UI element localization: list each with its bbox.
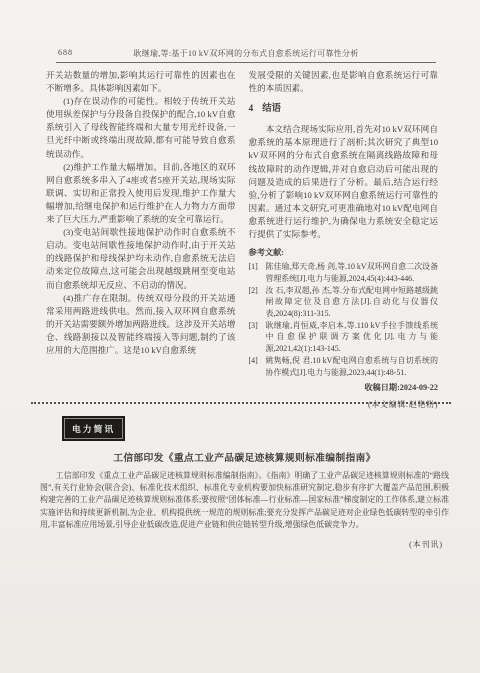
- reference-item: [3] 耿继瑜,肖恒威,李启本,等.110 kV手拉手馈线系统中自愈保护联调方案…: [249, 320, 439, 355]
- page-number: 688: [58, 48, 73, 57]
- article-columns: 开关站数量的增加,影响其运行可靠性的因素也在不断增多。具体影响因素如下。 (1)…: [46, 69, 438, 411]
- reference-item: [1] 陈佳瑜,郑天奇,杨 剑,等.10 kV双环网自愈二次设备管理系统[J].…: [249, 261, 439, 284]
- reference-index: [1]: [249, 261, 266, 284]
- body-paragraph: 开关站数量的增加,影响其运行可靠性的因素也在不断增多。具体影响因素如下。: [46, 69, 236, 95]
- references-label: 参考文献:: [249, 246, 439, 259]
- editor-note: (本文编辑:赵艳粉): [249, 398, 439, 411]
- news-byline: (本刊讯): [40, 539, 449, 550]
- header-rule: [56, 62, 436, 63]
- reference-index: [4]: [249, 355, 266, 378]
- body-paragraph: 发展受限的关键因素,也是影响自愈系统运行可靠性的本质因素。: [249, 69, 439, 95]
- page-header: 688 耿继瑜,等:基于10 kV双环网的分布式自愈系统运行可靠性分析: [56, 48, 436, 60]
- section-number: 4: [249, 103, 254, 116]
- reference-item: [4] 姚隽畅,倪 君.10 kV配电网自愈系统与自切系统的协作模式[J].电力…: [249, 355, 439, 378]
- body-paragraph: (2)维护工作量大幅增加。目前,各地区的双环网自愈系统多串入了4座或者5座开关站…: [46, 161, 236, 226]
- journal-page: 688 耿继瑜,等:基于10 kV双环网的分布式自愈系统运行可靠性分析 开关站数…: [0, 0, 480, 673]
- running-title: 耿继瑜,等:基于10 kV双环网的分布式自愈系统运行可靠性分析: [56, 48, 436, 59]
- received-date: 收稿日期:2024-09-22: [249, 381, 439, 394]
- body-paragraph: (3)变电站间歇性接地保护动作时自愈系统不启动。变电站间歇性接地保护动作时,由于…: [46, 226, 236, 291]
- body-paragraph: (4)推广存在限制。传统双母分段的开关站通常采用两路进线供电。然而,接入双环网自…: [46, 292, 236, 357]
- news-section: 电力简讯 工信部印发《重点工业产品碳足迹核算规则标准编制指南》 工信部印发《重点…: [40, 416, 449, 550]
- right-column: 发展受限的关键因素,也是影响自愈系统运行可靠性的本质因素。 4 结语 本文结合现…: [249, 69, 439, 411]
- section-heading: 4 结语: [249, 103, 439, 116]
- reference-text: 陈佳瑜,郑天奇,杨 剑,等.10 kV双环网自愈二次设备管理系统[J].电力与能…: [266, 261, 439, 284]
- reference-item: [2] 汝 石,李双超,孙 杰,等.分布式配电网中短路越级跳闸故障定位及自愈方法…: [249, 285, 439, 320]
- reference-text: 耿继瑜,肖恒威,李启本,等.110 kV手拉手馈线系统中自愈保护联调方案优化[J…: [266, 320, 439, 355]
- news-body: 工信部印发《重点工业产品碳足迹核算规则标准编制指南》。《指南》明确了工业产品碳足…: [40, 470, 449, 531]
- reference-list: [1] 陈佳瑜,郑天奇,杨 剑,等.10 kV双环网自愈二次设备管理系统[J].…: [249, 261, 439, 378]
- section-title: 结语: [262, 103, 281, 116]
- reference-index: [2]: [249, 285, 266, 320]
- reference-index: [3]: [249, 320, 266, 355]
- conclusion-paragraph: 本文结合现场实际应用,首先对10 kV双环网自愈系统的基本原理进行了剖析;其次研…: [249, 123, 439, 241]
- dotted-separator: [31, 402, 451, 404]
- reference-text: 姚隽畅,倪 君.10 kV配电网自愈系统与自切系统的协作模式[J].电力与能源,…: [266, 355, 439, 378]
- news-badge-label: 电力简讯: [64, 418, 123, 439]
- body-paragraph: (1)存在误动作的可能性。相较于传统开关站使用纵差保护与分段备自投保护的配合,1…: [46, 95, 236, 160]
- news-badge: 电力简讯: [62, 416, 125, 441]
- news-title: 工信部印发《重点工业产品碳足迹核算规则标准编制指南》: [40, 450, 449, 464]
- reference-text: 汝 石,李双超,孙 杰,等.分布式配电网中短路越级跳闸故障定位及自愈方法[J].…: [266, 285, 439, 320]
- left-column: 开关站数量的增加,影响其运行可靠性的因素也在不断增多。具体影响因素如下。 (1)…: [46, 69, 236, 411]
